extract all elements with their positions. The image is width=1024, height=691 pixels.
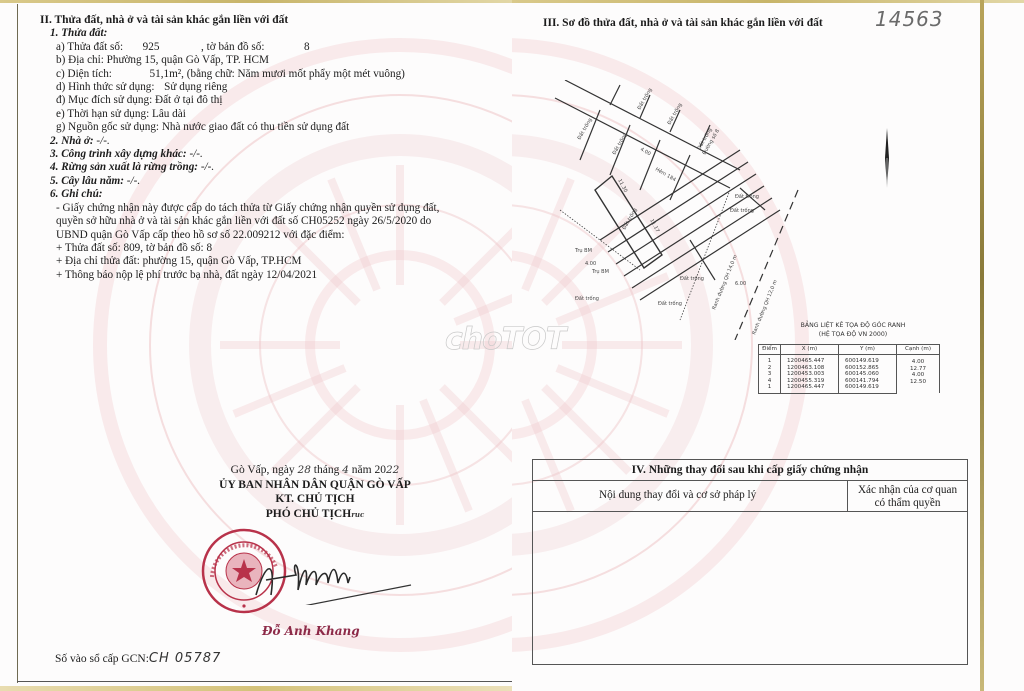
purpose-value: Đất ở tại đô thị	[155, 94, 222, 106]
north-arrow-icon	[883, 128, 891, 188]
cell-point: 1	[759, 355, 781, 365]
date-month-label: tháng	[314, 464, 340, 476]
signer-name: Đỗ Anh Khang	[262, 624, 360, 638]
registry-value: CH 05787	[149, 651, 221, 666]
registry-number: Số vào sổ cấp GCN:CH 05787	[55, 651, 221, 666]
house-row: 2. Nhà ở: -/-.	[40, 135, 510, 148]
cell-y: 600149.619	[839, 355, 897, 365]
date-prefix: Gò Vấp, ngày	[231, 464, 295, 476]
authority-header-line2: có thẩm quyền	[848, 497, 967, 510]
table-row: 1 1200465.447 600149.619 4.00 12.77 4.00…	[759, 355, 940, 365]
edge-value: 4.00	[899, 372, 937, 379]
cell-y: 600145.060	[839, 371, 897, 378]
perennial-heading: 5. Cây lâu năm:	[50, 175, 124, 187]
perennial-row: 5. Cây lâu năm: -/-.	[40, 175, 510, 188]
note-line: UBND quận Gò Vấp cấp theo hồ sơ số 22.00…	[56, 229, 510, 242]
origin-label: g) Nguồn gốc sử dụng:	[56, 121, 159, 133]
cell-point: 3	[759, 371, 781, 378]
area-value: 51,1m², (bằng chữ: Năm mươi mốt phẩy một…	[150, 68, 405, 80]
svg-text:Trụ BM: Trụ BM	[574, 248, 592, 254]
svg-text:4.00: 4.00	[639, 147, 652, 158]
note-line: - Giấy chứng nhận này được cấp do tách t…	[56, 202, 510, 215]
usage-form-row: d) Hình thức sử dụng: Sử dụng riêng	[40, 81, 510, 94]
other-construction-row: 3. Công trình xây dựng khác: -/-.	[40, 148, 510, 161]
header-x: X (m)	[781, 345, 839, 355]
table-header-row: Điểm X (m) Y (m) Cạnh (m)	[759, 345, 940, 355]
address-label: b) Địa chỉ:	[56, 54, 104, 66]
map-sheet-label: , tờ bản đồ số:	[201, 41, 264, 53]
origin-value: Nhà nước giao đất có thu tiền sử dụng đấ…	[162, 121, 349, 133]
note-line: + Địa chỉ thửa đất: phường 15, quận Gò V…	[56, 255, 510, 268]
issue-date: Gò Vấp, ngày 28 tháng 4 năm 2022	[180, 463, 450, 478]
header-y: Y (m)	[839, 345, 897, 355]
cell-y: 600152.865	[839, 365, 897, 372]
cell-point: 4	[759, 378, 781, 385]
page-bottom-border	[0, 686, 512, 691]
svg-text:11.17: 11.17	[648, 218, 660, 233]
forest-row: 4. Rừng sản xuất là rừng trồng: -/-.	[40, 161, 510, 174]
cell-point: 1	[759, 384, 781, 393]
issuing-authority: ỦY BAN NHÂN DÂN QUẬN GÒ VẤP	[180, 478, 450, 493]
certificate-left-page: II. Thửa đất, nhà ở và tài sản khác gắn …	[0, 0, 512, 691]
chotot-watermark-logo: choTOT	[445, 322, 565, 357]
purpose-row: đ) Mục đích sử dụng: Đất ở tại đô thị	[40, 94, 510, 107]
boundary-coordinates-table: Điểm X (m) Y (m) Cạnh (m) 1 1200465.447 …	[758, 344, 940, 394]
usage-form-label: d) Hình thức sử dụng:	[56, 81, 155, 93]
position-title: PHÓ CHỦ TỊCHruc	[180, 507, 450, 523]
forest-heading: 4. Rừng sản xuất là rừng trồng:	[50, 161, 198, 173]
handwritten-file-number: 14563	[875, 7, 944, 31]
changes-header-row: Nội dung thay đổi và cơ sở pháp lý Xác n…	[533, 481, 967, 512]
svg-text:Đất trống: Đất trống	[680, 275, 704, 282]
other-construction-value: -/-.	[189, 148, 202, 160]
notes-body: - Giấy chứng nhận này được cấp do tách t…	[40, 202, 510, 282]
cell-y: 600149.619	[839, 384, 897, 393]
page-top-border	[0, 0, 512, 3]
registry-label: Số vào sổ cấp GCN:	[55, 653, 149, 665]
cell-x: 1200465.447	[781, 384, 839, 393]
edge-value: 12.50	[899, 379, 937, 386]
edge-value: 4.00	[899, 359, 937, 366]
address-value: Phường 15, quận Gò Vấp, TP. HCM	[107, 54, 269, 66]
map-sheet-number: 8	[304, 41, 310, 53]
parcel-label: a) Thửa đất số:	[56, 41, 123, 53]
page-top-border	[512, 0, 1024, 3]
svg-text:Đất trống: Đất trống	[621, 207, 639, 231]
area-row: c) Diện tích: 51,1m², (bằng chữ: Năm mươ…	[40, 68, 510, 81]
header-point: Điểm	[759, 345, 781, 355]
cell-x: 1200453.003	[781, 371, 839, 378]
svg-text:6.00: 6.00	[735, 281, 746, 287]
signing-block: Gò Vấp, ngày 28 tháng 4 năm 2022 ỦY BAN …	[180, 463, 450, 522]
svg-text:Đất trống: Đất trống	[575, 295, 599, 302]
date-year-label: năm 20	[352, 464, 386, 476]
parcel-row: a) Thửa đất số: 925 , tờ bản đồ số: 8	[40, 41, 510, 54]
edge-value: 12.77	[899, 366, 937, 373]
on-behalf-title: KT. CHỦ TỊCH	[180, 492, 450, 507]
changes-authority-header: Xác nhận của cơ quan có thẩm quyền	[848, 481, 967, 511]
handwritten-initials: ruc	[351, 510, 364, 519]
purpose-label: đ) Mục đích sử dụng:	[56, 94, 152, 106]
perennial-value: -/-.	[127, 175, 140, 187]
authority-header-line1: Xác nhận của cơ quan	[848, 484, 967, 497]
page-left-rule	[17, 4, 18, 683]
signature-mark	[236, 555, 416, 605]
date-month: 4	[342, 464, 349, 476]
house-value: -/-.	[96, 135, 109, 147]
section-ii-title: II. Thửa đất, nhà ở và tài sản khác gắn …	[40, 14, 510, 27]
changes-after-issuance-table: IV. Những thay đổi sau khi cấp giấy chứn…	[532, 459, 968, 665]
house-heading: 2. Nhà ở:	[50, 135, 94, 147]
svg-text:4.00: 4.00	[585, 261, 596, 267]
svg-text:Đất trống: Đất trống	[730, 207, 754, 214]
page-bottom-rule	[17, 681, 512, 682]
section-iv-title: IV. Những thay đổi sau khi cấp giấy chứn…	[533, 460, 967, 481]
forest-value: -/-.	[201, 161, 214, 173]
svg-text:Đất trống: Đất trống	[735, 193, 759, 200]
changes-content-header: Nội dung thay đổi và cơ sở pháp lý	[533, 481, 848, 511]
date-day: 28	[298, 464, 311, 476]
cell-edges: 4.00 12.77 4.00 12.50	[897, 355, 940, 394]
land-info-section: II. Thửa đất, nhà ở và tài sản khác gắn …	[40, 14, 510, 282]
parcel-number: 925	[143, 41, 160, 53]
area-label: c) Diện tích:	[56, 68, 112, 80]
coordinate-title-line1: BẢNG LIỆT KÊ TỌA ĐỘ GÓC RANH	[758, 321, 948, 330]
note-line: + Thông báo nộp lệ phí trước bạ nhà, đất…	[56, 269, 510, 282]
address-row: b) Địa chỉ: Phường 15, quận Gò Vấp, TP. …	[40, 54, 510, 67]
svg-text:Đất trống: Đất trống	[658, 300, 682, 307]
coordinate-title-line2: (HỆ TỌA ĐỘ VN 2000)	[758, 330, 948, 339]
cell-point: 2	[759, 365, 781, 372]
land-heading: 1. Thửa đất:	[40, 27, 510, 40]
parcel-site-plan: Đất trống Đất trống Đất trống Đất trống …	[540, 80, 840, 340]
date-year-suffix: 22	[386, 464, 399, 476]
position-text: PHÓ CHỦ TỊCH	[266, 508, 351, 520]
term-value: Lâu dài	[152, 108, 186, 120]
svg-text:Đất trống: Đất trống	[576, 117, 594, 141]
term-label: e) Thời hạn sử dụng:	[56, 108, 149, 120]
cell-x: 1200463.108	[781, 365, 839, 372]
term-row: e) Thời hạn sử dụng: Lâu dài	[40, 108, 510, 121]
notes-heading: 6. Ghi chú:	[40, 188, 510, 201]
note-line: quyền sở hữu nhà ở và tài sản khác gắn l…	[56, 215, 510, 228]
cell-x: 1200455.319	[781, 378, 839, 385]
other-construction-heading: 3. Công trình xây dựng khác:	[50, 148, 187, 160]
cell-y: 600141.794	[839, 378, 897, 385]
note-line: + Thửa đất số: 809, tờ bản đồ số: 8	[56, 242, 510, 255]
cell-x: 1200465.447	[781, 355, 839, 365]
usage-form-value: Sử dụng riêng	[164, 81, 227, 93]
page-right-edge	[980, 0, 984, 691]
origin-row: g) Nguồn gốc sử dụng: Nhà nước giao đất …	[40, 121, 510, 134]
svg-text:Trụ BM: Trụ BM	[591, 269, 609, 275]
header-edge: Cạnh (m)	[897, 345, 940, 355]
section-iii-title: III. Sơ đồ thửa đất, nhà ở và tài sản kh…	[543, 17, 823, 29]
coordinate-table-title: BẢNG LIỆT KÊ TỌA ĐỘ GÓC RANH (HỆ TỌA ĐỘ …	[758, 321, 948, 339]
svg-text:Hẻm 184: Hẻm 184	[654, 166, 677, 183]
